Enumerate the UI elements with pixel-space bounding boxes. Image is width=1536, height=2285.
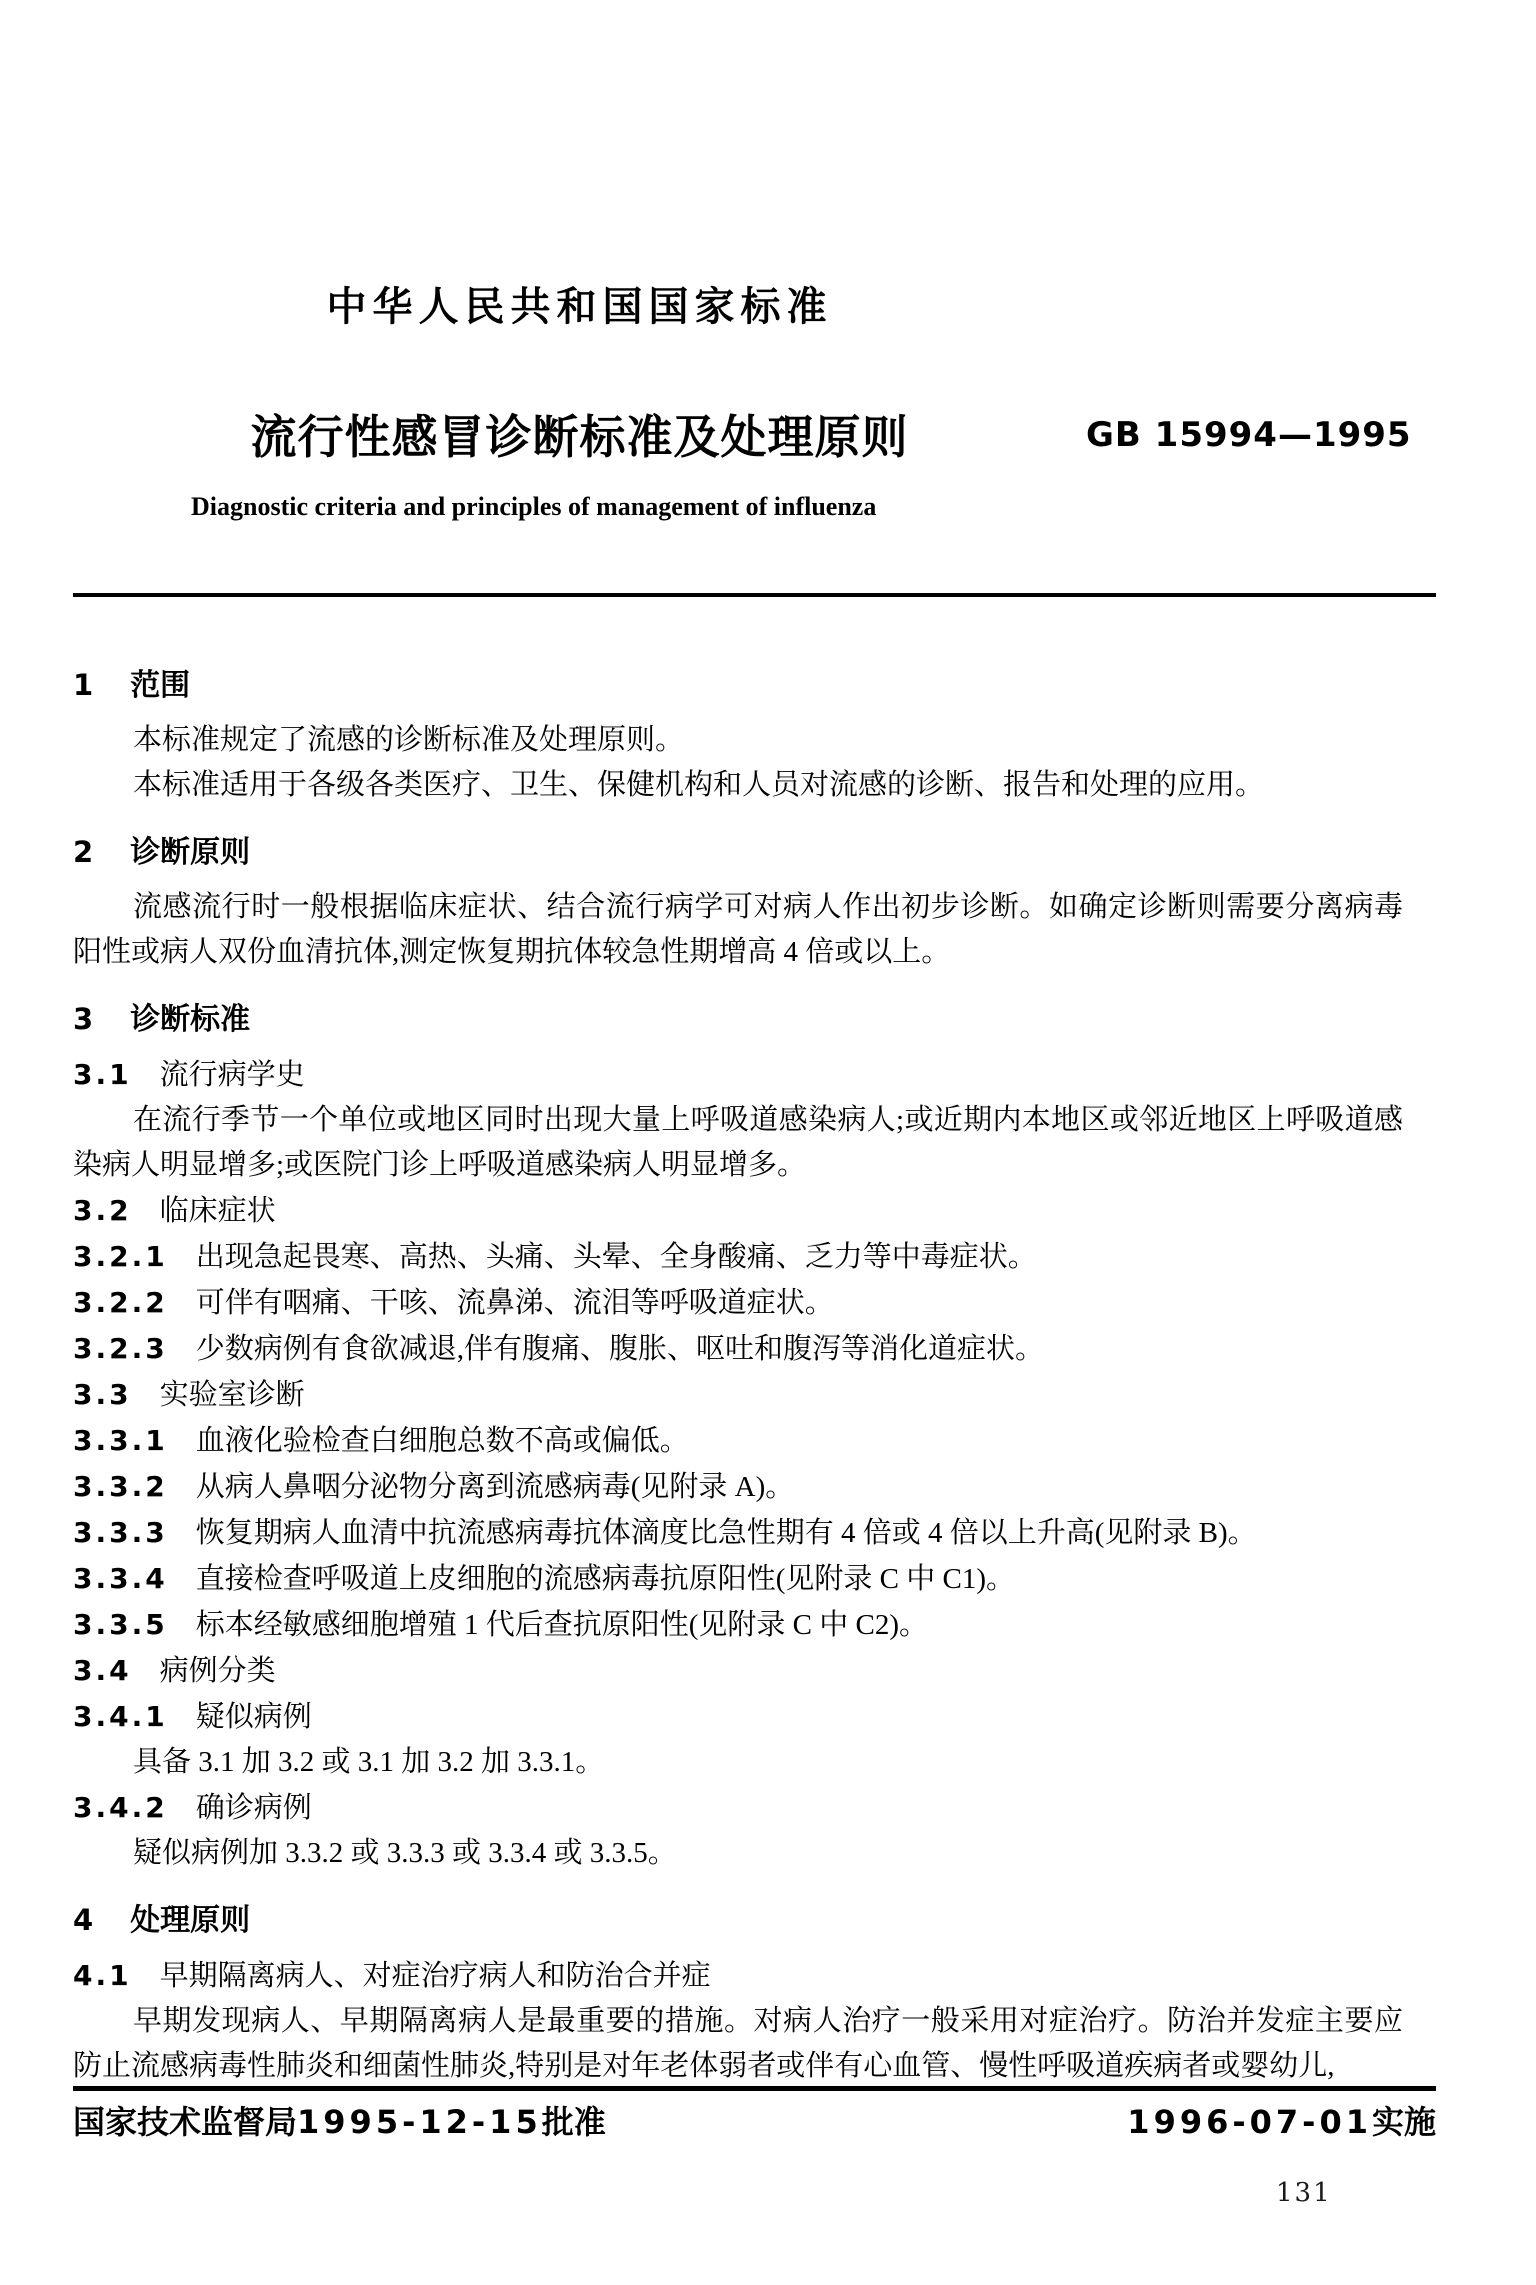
section-title: 诊断原则: [130, 830, 250, 875]
clause-text: 出现急起畏寒、高热、头痛、头晕、全身酸痛、乏力等中毒症状。: [196, 1235, 1403, 1280]
clause-text: 直接检查呼吸道上皮细胞的流感病毒抗原阳性(见附录 C 中 C1)。: [196, 1557, 1403, 1602]
clause-title: 实验室诊断: [160, 1373, 1403, 1418]
subclause-heading: 3.4.2 确诊病例: [73, 1785, 1403, 1831]
implement-date: 1996-07-01: [1127, 2103, 1372, 2141]
section-heading: 3 诊断标准: [73, 997, 1403, 1042]
document-header: 中华人民共和国国家标准 流行性感冒诊断标准及处理原则 GB 15994—1995…: [73, 285, 1436, 597]
clause-item: 3.3.5 标本经敏感细胞增殖 1 代后查抗原阳性(见附录 C 中 C2)。: [73, 1602, 1403, 1648]
body-paragraph: 在流行季节一个单位或地区同时出现大量上呼吸道感染病人;或近期内本地区或邻近地区上…: [73, 1098, 1403, 1188]
clause-number: 4.1: [73, 1953, 132, 1998]
page-number: 131: [1276, 2178, 1332, 2208]
section-heading: 4 处理原则: [73, 1898, 1403, 1943]
subclause-heading: 3.3 实验室诊断: [73, 1372, 1403, 1418]
body-paragraph: 本标准适用于各级各类医疗、卫生、保健机构和人员对流感的诊断、报告和处理的应用。: [73, 763, 1403, 808]
clause-item: 3.3.3 恢复期病人血清中抗流感病毒抗体滴度比急性期有 4 倍或 4 倍以上升…: [73, 1510, 1403, 1556]
section-number: 1: [73, 663, 96, 708]
clause-number: 3.3.4: [73, 1556, 168, 1601]
clause-number: 3.1: [73, 1052, 132, 1097]
section-number: 3: [73, 997, 96, 1042]
section-heading: 2 诊断原则: [73, 830, 1403, 875]
clause-text: 标本经敏感细胞增殖 1 代后查抗原阳性(见附录 C 中 C2)。: [196, 1603, 1403, 1648]
clause-number: 3.3.1: [73, 1418, 168, 1463]
clause-number: 3.4.2: [73, 1785, 168, 1830]
section-number: 4: [73, 1898, 96, 1943]
subclause-heading: 3.2 临床症状: [73, 1188, 1403, 1234]
implementation-notice: 1996-07-01实施: [1127, 2102, 1436, 2142]
subclause-heading: 3.1 流行病学史: [73, 1052, 1403, 1098]
clause-number: 3.2.2: [73, 1280, 168, 1325]
clause-number: 3.3: [73, 1372, 132, 1417]
title-row: 流行性感冒诊断标准及处理原则 GB 15994—1995: [73, 409, 1436, 465]
standard-code: GB 15994—1995: [1086, 409, 1436, 457]
clause-text: 可伴有咽痛、干咳、流鼻涕、流泪等呼吸道症状。: [196, 1281, 1403, 1326]
document-page: 中华人民共和国国家标准 流行性感冒诊断标准及处理原则 GB 15994—1995…: [0, 0, 1536, 2285]
section-number: 2: [73, 830, 96, 875]
subclause-heading: 4.1 早期隔离病人、对症治疗病人和防治合并症: [73, 1953, 1403, 1999]
approval-agency: 国家技术监督局: [73, 2104, 297, 2140]
clause-item: 3.2.2 可伴有咽痛、干咳、流鼻涕、流泪等呼吸道症状。: [73, 1280, 1403, 1326]
subclause-heading: 3.4 病例分类: [73, 1648, 1403, 1694]
body-paragraph: 早期发现病人、早期隔离病人是最重要的措施。对病人治疗一般采用对症治疗。防治并发症…: [73, 1999, 1403, 2089]
clause-title: 流行病学史: [160, 1053, 1403, 1098]
clause-text: 恢复期病人血清中抗流感病毒抗体滴度比急性期有 4 倍或 4 倍以上升高(见附录 …: [196, 1511, 1403, 1556]
clause-text: 从病人鼻咽分泌物分离到流感病毒(见附录 A)。: [196, 1465, 1403, 1510]
section-title: 范围: [130, 663, 190, 708]
document-footer: 国家技术监督局1995-12-15批准 1996-07-01实施: [73, 2102, 1436, 2142]
clause-title: 早期隔离病人、对症治疗病人和防治合并症: [160, 1954, 1403, 1999]
clause-item: 3.3.4 直接检查呼吸道上皮细胞的流感病毒抗原阳性(见附录 C 中 C1)。: [73, 1556, 1403, 1602]
body-paragraph: 疑似病例加 3.3.2 或 3.3.3 或 3.3.4 或 3.3.5。: [73, 1831, 1403, 1876]
document-body: 1 范围 本标准规定了流感的诊断标准及处理原则。 本标准适用于各级各类医疗、卫生…: [73, 663, 1403, 2089]
clause-item: 3.2.3 少数病例有食欲减退,伴有腹痛、腹胀、呕吐和腹泻等消化道症状。: [73, 1326, 1403, 1372]
implement-label: 实施: [1372, 2104, 1436, 2140]
subclause-heading: 3.4.1 疑似病例: [73, 1694, 1403, 1740]
document-title-en: Diagnostic criteria and principles of ma…: [191, 492, 1436, 522]
clause-number: 3.3.3: [73, 1510, 168, 1555]
section-title: 处理原则: [130, 1898, 250, 1943]
footer-rule: [73, 2086, 1436, 2091]
clause-text: 血液化验检查白细胞总数不高或偏低。: [196, 1419, 1403, 1464]
clause-title: 疑似病例: [196, 1695, 1403, 1740]
national-standard-label: 中华人民共和国国家标准: [73, 285, 1086, 329]
clause-number: 3.2.3: [73, 1326, 168, 1371]
clause-number: 3.2.1: [73, 1234, 168, 1279]
clause-title: 临床症状: [160, 1189, 1403, 1234]
clause-title: 确诊病例: [196, 1786, 1403, 1831]
body-paragraph: 具备 3.1 加 3.2 或 3.1 加 3.2 加 3.3.1。: [73, 1740, 1403, 1785]
clause-number: 3.3.2: [73, 1464, 168, 1509]
approval-date: 1995-12-15: [297, 2103, 542, 2141]
body-paragraph: 流感流行时一般根据临床症状、结合流行病学可对病人作出初步诊断。如确定诊断则需要分…: [73, 885, 1403, 975]
clause-item: 3.3.2 从病人鼻咽分泌物分离到流感病毒(见附录 A)。: [73, 1464, 1403, 1510]
document-title-cn: 流行性感冒诊断标准及处理原则: [73, 409, 1086, 465]
clause-item: 3.2.1 出现急起畏寒、高热、头痛、头晕、全身酸痛、乏力等中毒症状。: [73, 1234, 1403, 1280]
clause-number: 3.4: [73, 1648, 132, 1693]
clause-number: 3.3.5: [73, 1602, 168, 1647]
clause-number: 3.4.1: [73, 1694, 168, 1739]
approval-label: 批准: [542, 2104, 606, 2140]
clause-number: 3.2: [73, 1188, 132, 1233]
approval-notice: 国家技术监督局1995-12-15批准: [73, 2102, 606, 2142]
clause-title: 病例分类: [160, 1649, 1403, 1694]
body-paragraph: 本标准规定了流感的诊断标准及处理原则。: [73, 718, 1403, 763]
section-title: 诊断标准: [130, 997, 250, 1042]
clause-text: 少数病例有食欲减退,伴有腹痛、腹胀、呕吐和腹泻等消化道症状。: [196, 1327, 1403, 1372]
section-heading: 1 范围: [73, 663, 1403, 708]
clause-item: 3.3.1 血液化验检查白细胞总数不高或偏低。: [73, 1418, 1403, 1464]
header-rule: [73, 593, 1436, 597]
